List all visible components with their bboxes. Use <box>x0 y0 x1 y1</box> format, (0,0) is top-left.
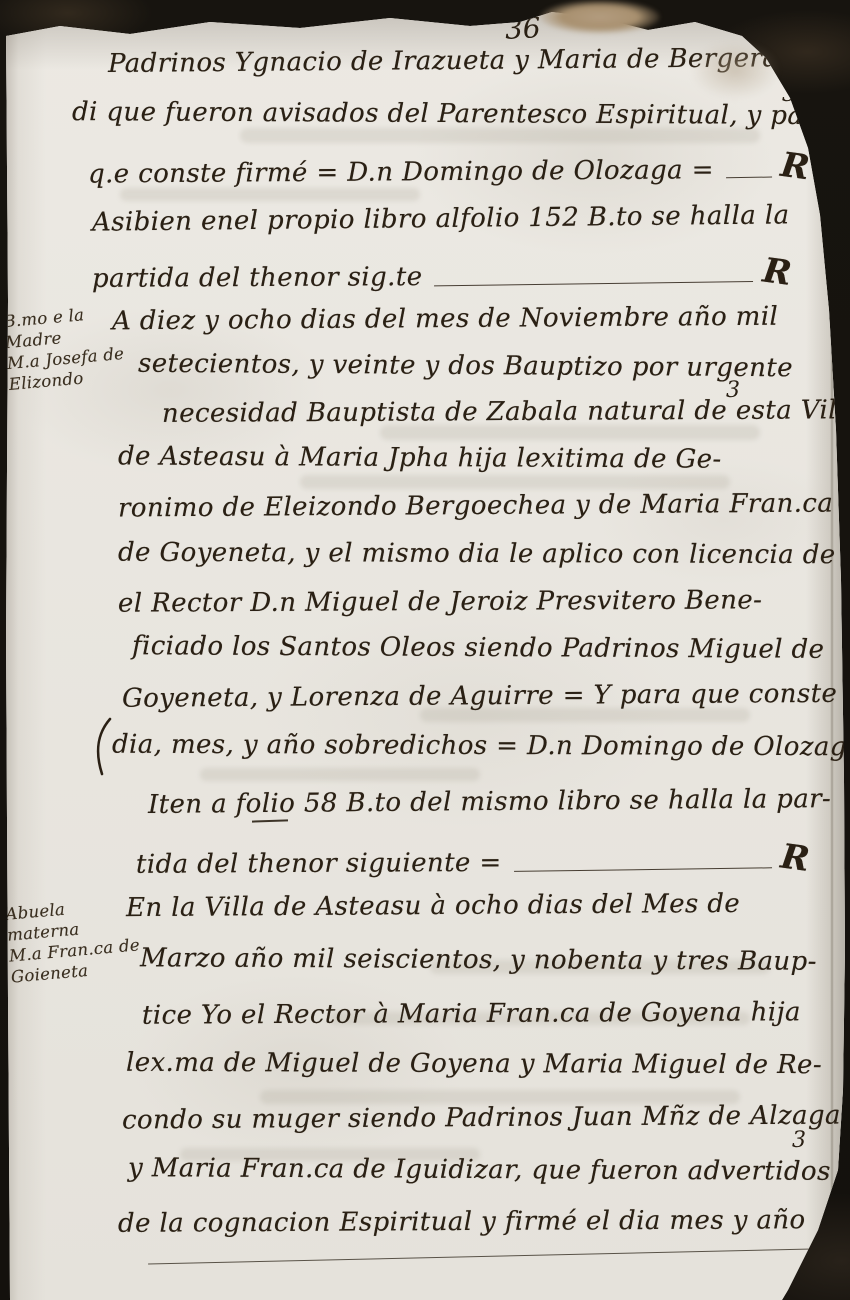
margin-note-maternal-grandmother: Abuela materna M.a Fran.ca de Goieneta <box>5 892 143 988</box>
binding-edge-shade <box>0 0 46 1300</box>
manuscript-line: A diez y ocho dias del mes de Noviembre … <box>112 304 778 335</box>
rubric-flourish-icon: R <box>779 840 812 878</box>
manuscript-line-text: partida del thenor sig.te <box>92 264 423 292</box>
manuscript-line: di que fueron avisados del Parentesco Es… <box>72 99 803 129</box>
manuscript-line-text: q.e conste firmé = D.n Domingo de Olozag… <box>88 157 714 187</box>
manuscript-line: condo su muger siendo Padrinos Juan Mñz … <box>122 1102 841 1133</box>
manuscript-line: En la Villa de Asteasu à ocho dias del M… <box>126 891 740 921</box>
manuscript-line: setecientos, y veinte y dos Bauptizo por… <box>138 351 793 382</box>
manuscript-line: q.e conste firmé = D.n Domingo de Olozag… <box>88 149 810 189</box>
manuscript-line: Asibien enel propio libro alfolio 152 B.… <box>92 202 790 235</box>
bleed-through-texture <box>200 768 480 781</box>
manuscript-page: 36 B.mo e la Madre M.a Josefa de Elizond… <box>0 0 850 1300</box>
ink-rule <box>726 177 772 179</box>
manuscript-line: ronimo de Eleizondo Bergoechea y de Mari… <box>118 491 833 522</box>
page-number: 36 <box>504 11 541 46</box>
manuscript-line: tice Yo el Rector à Maria Fran.ca de Goy… <box>142 999 801 1028</box>
manuscript-line: dia, mes, y año sobredichos = D.n Doming… <box>112 732 850 761</box>
edge-stain <box>690 40 780 100</box>
manuscript-line-text: tida del thenor siguiente = <box>136 850 502 878</box>
manuscript-line: el Rector D.n Miguel de Jeroiz Presviter… <box>118 587 762 616</box>
manuscript-line: de la cognacion Espiritual y firmé el di… <box>118 1207 806 1237</box>
manuscript-line: necesidad Bauptista de Zabala natural de… <box>162 397 850 427</box>
closing-rule <box>148 1248 812 1264</box>
manuscript-line: de Asteasu à Maria Jpha hija lexitima de… <box>118 443 722 472</box>
ink-flourish-mark <box>88 716 118 778</box>
manuscript-line: partida del thenor sig.te R <box>92 255 792 294</box>
folio-underline <box>252 819 288 822</box>
stray-ink-mark: 3 <box>782 82 796 107</box>
manuscript-scan: 36 B.mo e la Madre M.a Josefa de Elizond… <box>0 0 850 1300</box>
stray-ink-mark: 3 <box>792 1128 806 1153</box>
margin-note-baptism-of-mother: B.mo e la Madre M.a Josefa de Elizondo <box>3 301 127 395</box>
edge-stain <box>540 0 660 34</box>
stray-ink-mark: 3 <box>726 378 740 403</box>
bleed-through-texture <box>300 475 730 489</box>
ink-rule <box>514 867 772 872</box>
manuscript-line: lex.ma de Miguel de Goyena y Maria Migue… <box>126 1050 822 1078</box>
ink-rule <box>434 281 753 286</box>
manuscript-line: y Maria Fran.ca de Iguidizar, que fueron… <box>128 1155 831 1185</box>
manuscript-line: Marzo año mil seiscientos, y nobenta y t… <box>140 945 817 975</box>
manuscript-line: Goyeneta, y Lorenza de Aguirre = Y para … <box>122 680 850 712</box>
rubric-flourish-icon: R <box>761 253 794 291</box>
manuscript-line: Iten a folio 58 B.to del mismo libro se … <box>148 786 831 818</box>
bleed-through-texture <box>120 188 420 201</box>
manuscript-line: tida del thenor siguiente = R <box>136 841 810 880</box>
manuscript-line: de Goyeneta, y el mismo dia le aplico co… <box>118 540 850 569</box>
rubric-flourish-icon: R <box>779 148 812 185</box>
manuscript-line: ficiado los Santos Oleos siendo Padrinos… <box>132 633 825 663</box>
